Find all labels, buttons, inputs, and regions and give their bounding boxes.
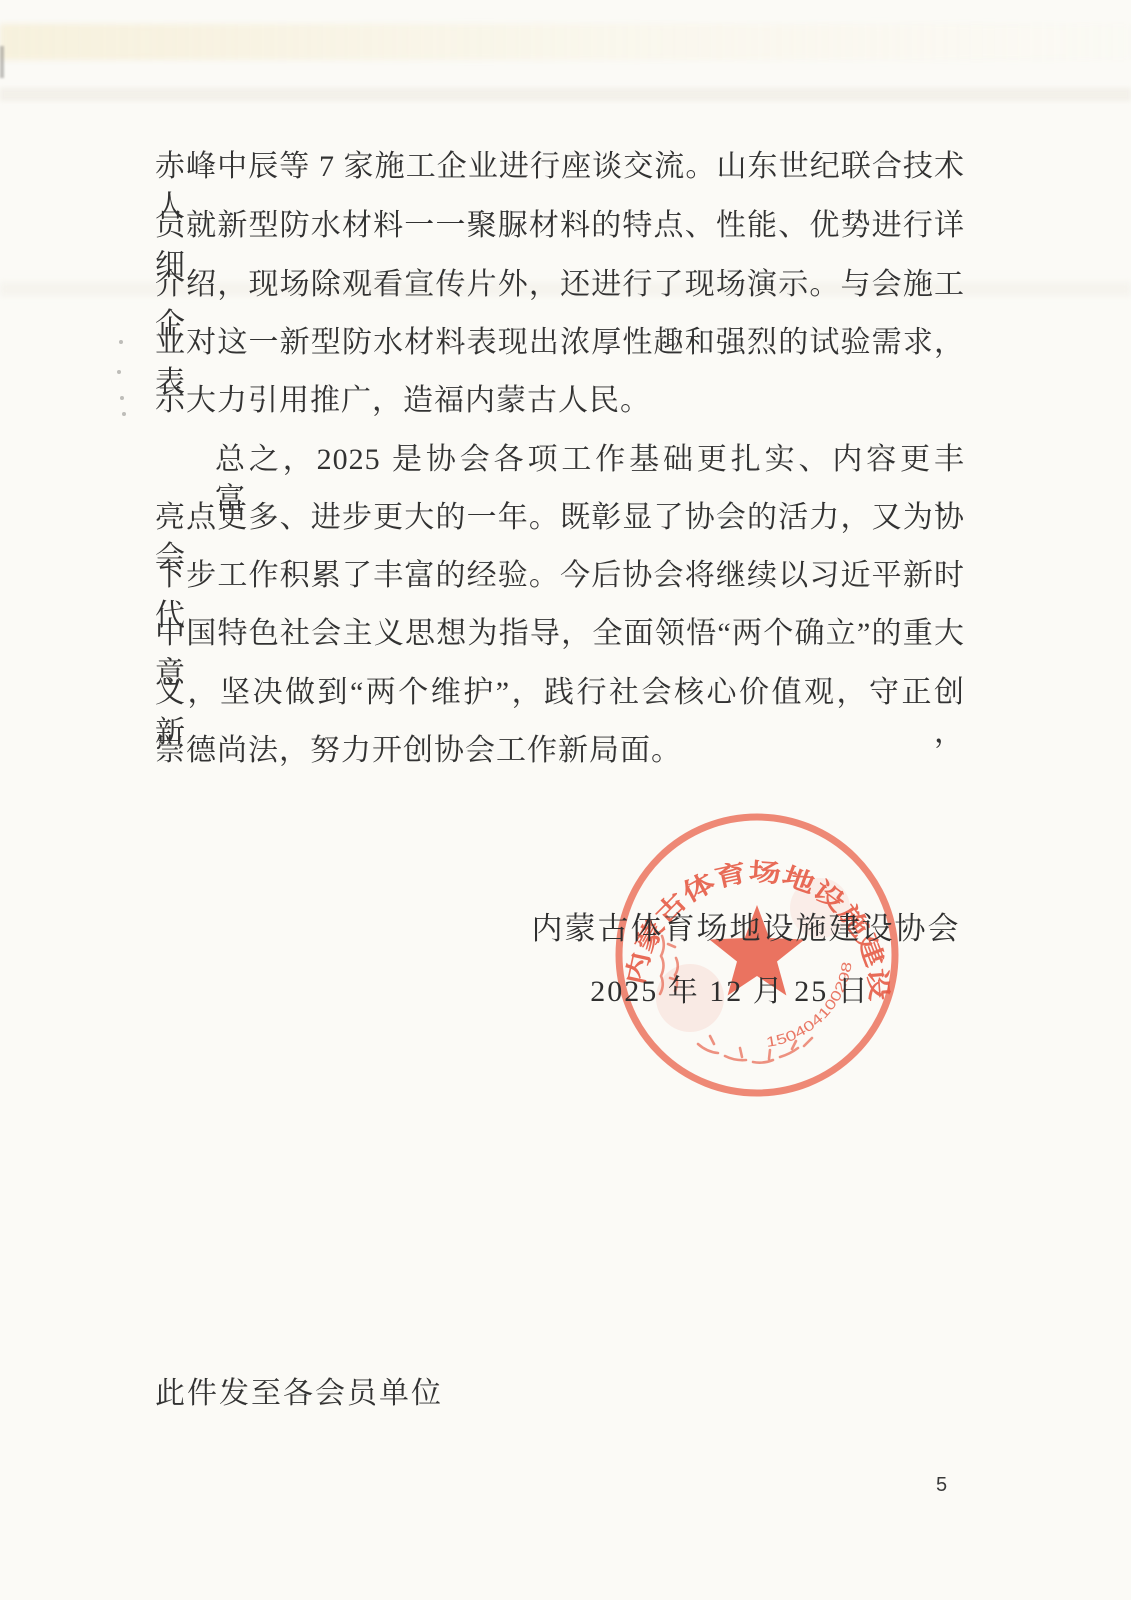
body-line: 中国特色社会主义思想为指导，全面领悟“两个确立”的重大意 [155, 614, 965, 656]
body-line-paragraph-indent: 总之，2025 是协会各项工作基础更扎实、内容更丰富、 [215, 440, 965, 482]
scan-artifact-speck [120, 396, 124, 400]
scan-artifact-streak [0, 88, 1131, 101]
scanned-letter-page: 赤峰中辰等 7 家施工企业进行座谈交流。山东世纪联合技术人 员就新型防水材料一一… [0, 0, 1131, 1600]
scan-artifact-speck [119, 340, 123, 344]
seal-outer-ring [619, 817, 895, 1093]
scan-artifact-speck [122, 412, 126, 416]
body-line: 介绍，现场除观看宣传片外，还进行了现场演示。与会施工企 [155, 265, 965, 307]
scan-artifact-edge [0, 46, 4, 78]
body-line: 业对这一新型防水材料表现出浓厚性趣和强烈的试验需求，表 [155, 323, 965, 365]
signature-organization: 内蒙古体育场地设施建设协会 [396, 903, 1096, 948]
signature-date: 2025 年 12 月 25 日 [380, 966, 1080, 1010]
distribution-note: 此件发至各会员单位 [155, 1368, 443, 1412]
body-line: 崇德尚法，努力开创协会工作新局面。 [155, 731, 965, 773]
body-line: 赤峰中辰等 7 家施工企业进行座谈交流。山东世纪联合技术人 [155, 147, 965, 189]
official-seal: 内蒙古体育场地设施建设协会 15040410029837 [610, 808, 904, 1102]
scan-artifact-top-band [0, 24, 1131, 60]
body-line: 示大力引用推广，造福内蒙古人民。 [155, 381, 965, 423]
body-line: 下步工作积累了丰富的经验。今后协会将继续以习近平新时代 [155, 556, 965, 598]
scan-artifact-speck [117, 370, 121, 374]
page-number: 5 [936, 1474, 947, 1497]
body-line: 义，坚决做到“两个维护”，践行社会核心价值观，守正创新， [155, 673, 965, 715]
body-line: 员就新型防水材料一一聚脲材料的特点、性能、优势进行详细 [155, 206, 965, 248]
body-line: 亮点更多、进步更大的一年。既彰显了协会的活力，又为协会 [155, 498, 965, 540]
